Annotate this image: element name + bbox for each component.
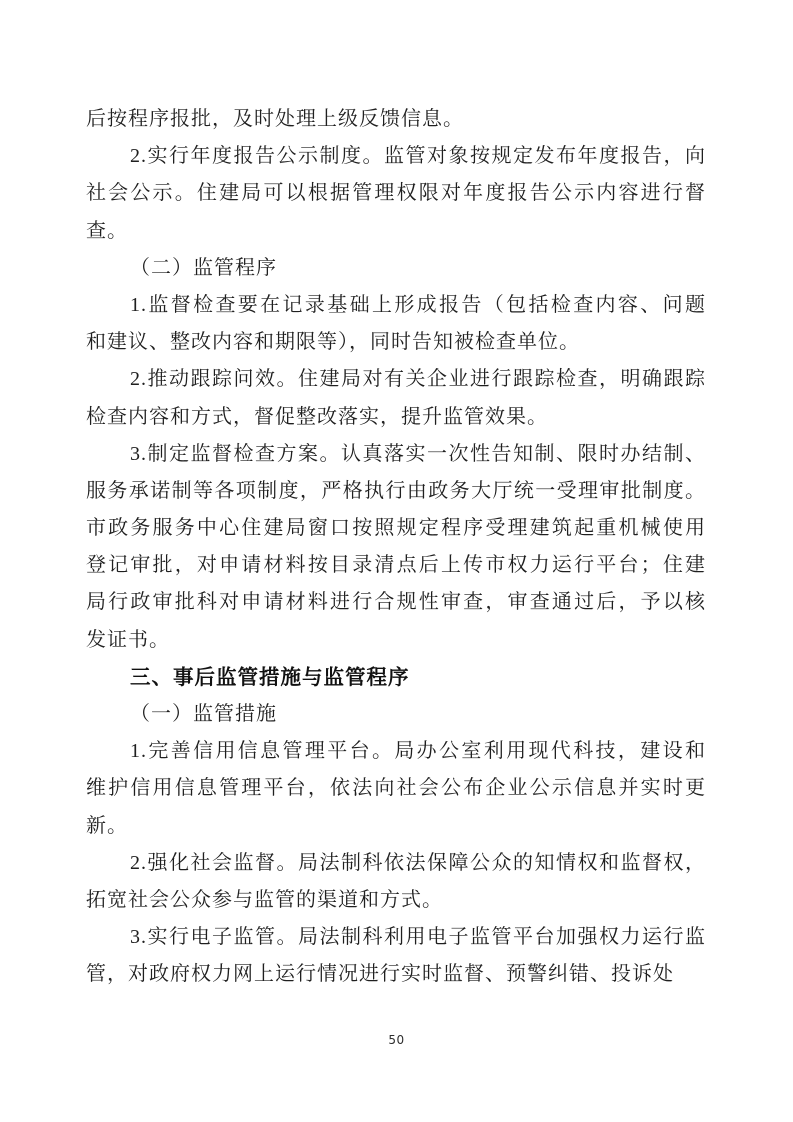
section-heading-line: 三、事后监管措施与监管程序 [86,659,706,696]
subsection-heading-line: （一）监管措施 [86,696,706,733]
text-line: 1.完善信用信息管理平台。局办公室利用现代科技，建设和 [86,733,706,770]
text-line: 局行政审批科对申请材料进行合规性审查，审查通过后，予以核 [86,584,706,621]
text-line: 市政务服务中心住建局窗口按照规定程序受理建筑起重机械使用 [86,510,706,547]
text-line: 2.推动跟踪问效。住建局对有关企业进行跟踪检查，明确跟踪 [86,361,706,398]
text-line: 检查内容和方式，督促整改落实，提升监管效果。 [86,399,706,436]
page-number: 50 [0,1033,793,1047]
text-line: 社会公示。住建局可以根据管理权限对年度报告公示内容进行督 [86,175,706,212]
subsection-heading-line: （二）监管程序 [86,250,706,287]
text-line: 3.制定监督检查方案。认真落实一次性告知制、限时办结制、 [86,436,706,473]
document-body: 后按程序报批，及时处理上级反馈信息。 2.实行年度报告公示制度。监管对象按规定发… [86,101,706,994]
text-line: 管，对政府权力网上运行情况进行实时监督、预警纠错、投诉处 [86,956,706,993]
text-line: 服务承诺制等各项制度，严格执行由政务大厅统一受理审批制度。 [86,473,706,510]
text-line: 发证书。 [86,622,706,659]
document-page: 后按程序报批，及时处理上级反馈信息。 2.实行年度报告公示制度。监管对象按规定发… [0,0,793,1122]
text-line: 3.实行电子监管。局法制科利用电子监管平台加强权力运行监 [86,919,706,956]
text-line: 维护信用信息管理平台，依法向社会公布企业公示信息并实时更 [86,770,706,807]
text-line: 新。 [86,808,706,845]
text-line: 查。 [86,213,706,250]
text-line: 1.监督检查要在记录基础上形成报告（包括检查内容、问题 [86,287,706,324]
text-line: 2.强化社会监督。局法制科依法保障公众的知情权和监督权， [86,845,706,882]
text-line: 登记审批，对申请材料按目录清点后上传市权力运行平台；住建 [86,547,706,584]
text-line: 2.实行年度报告公示制度。监管对象按规定发布年度报告，向 [86,138,706,175]
text-line: 和建议、整改内容和期限等），同时告知被检查单位。 [86,324,706,361]
text-line: 后按程序报批，及时处理上级反馈信息。 [86,101,706,138]
text-line: 拓宽社会公众参与监管的渠道和方式。 [86,882,706,919]
